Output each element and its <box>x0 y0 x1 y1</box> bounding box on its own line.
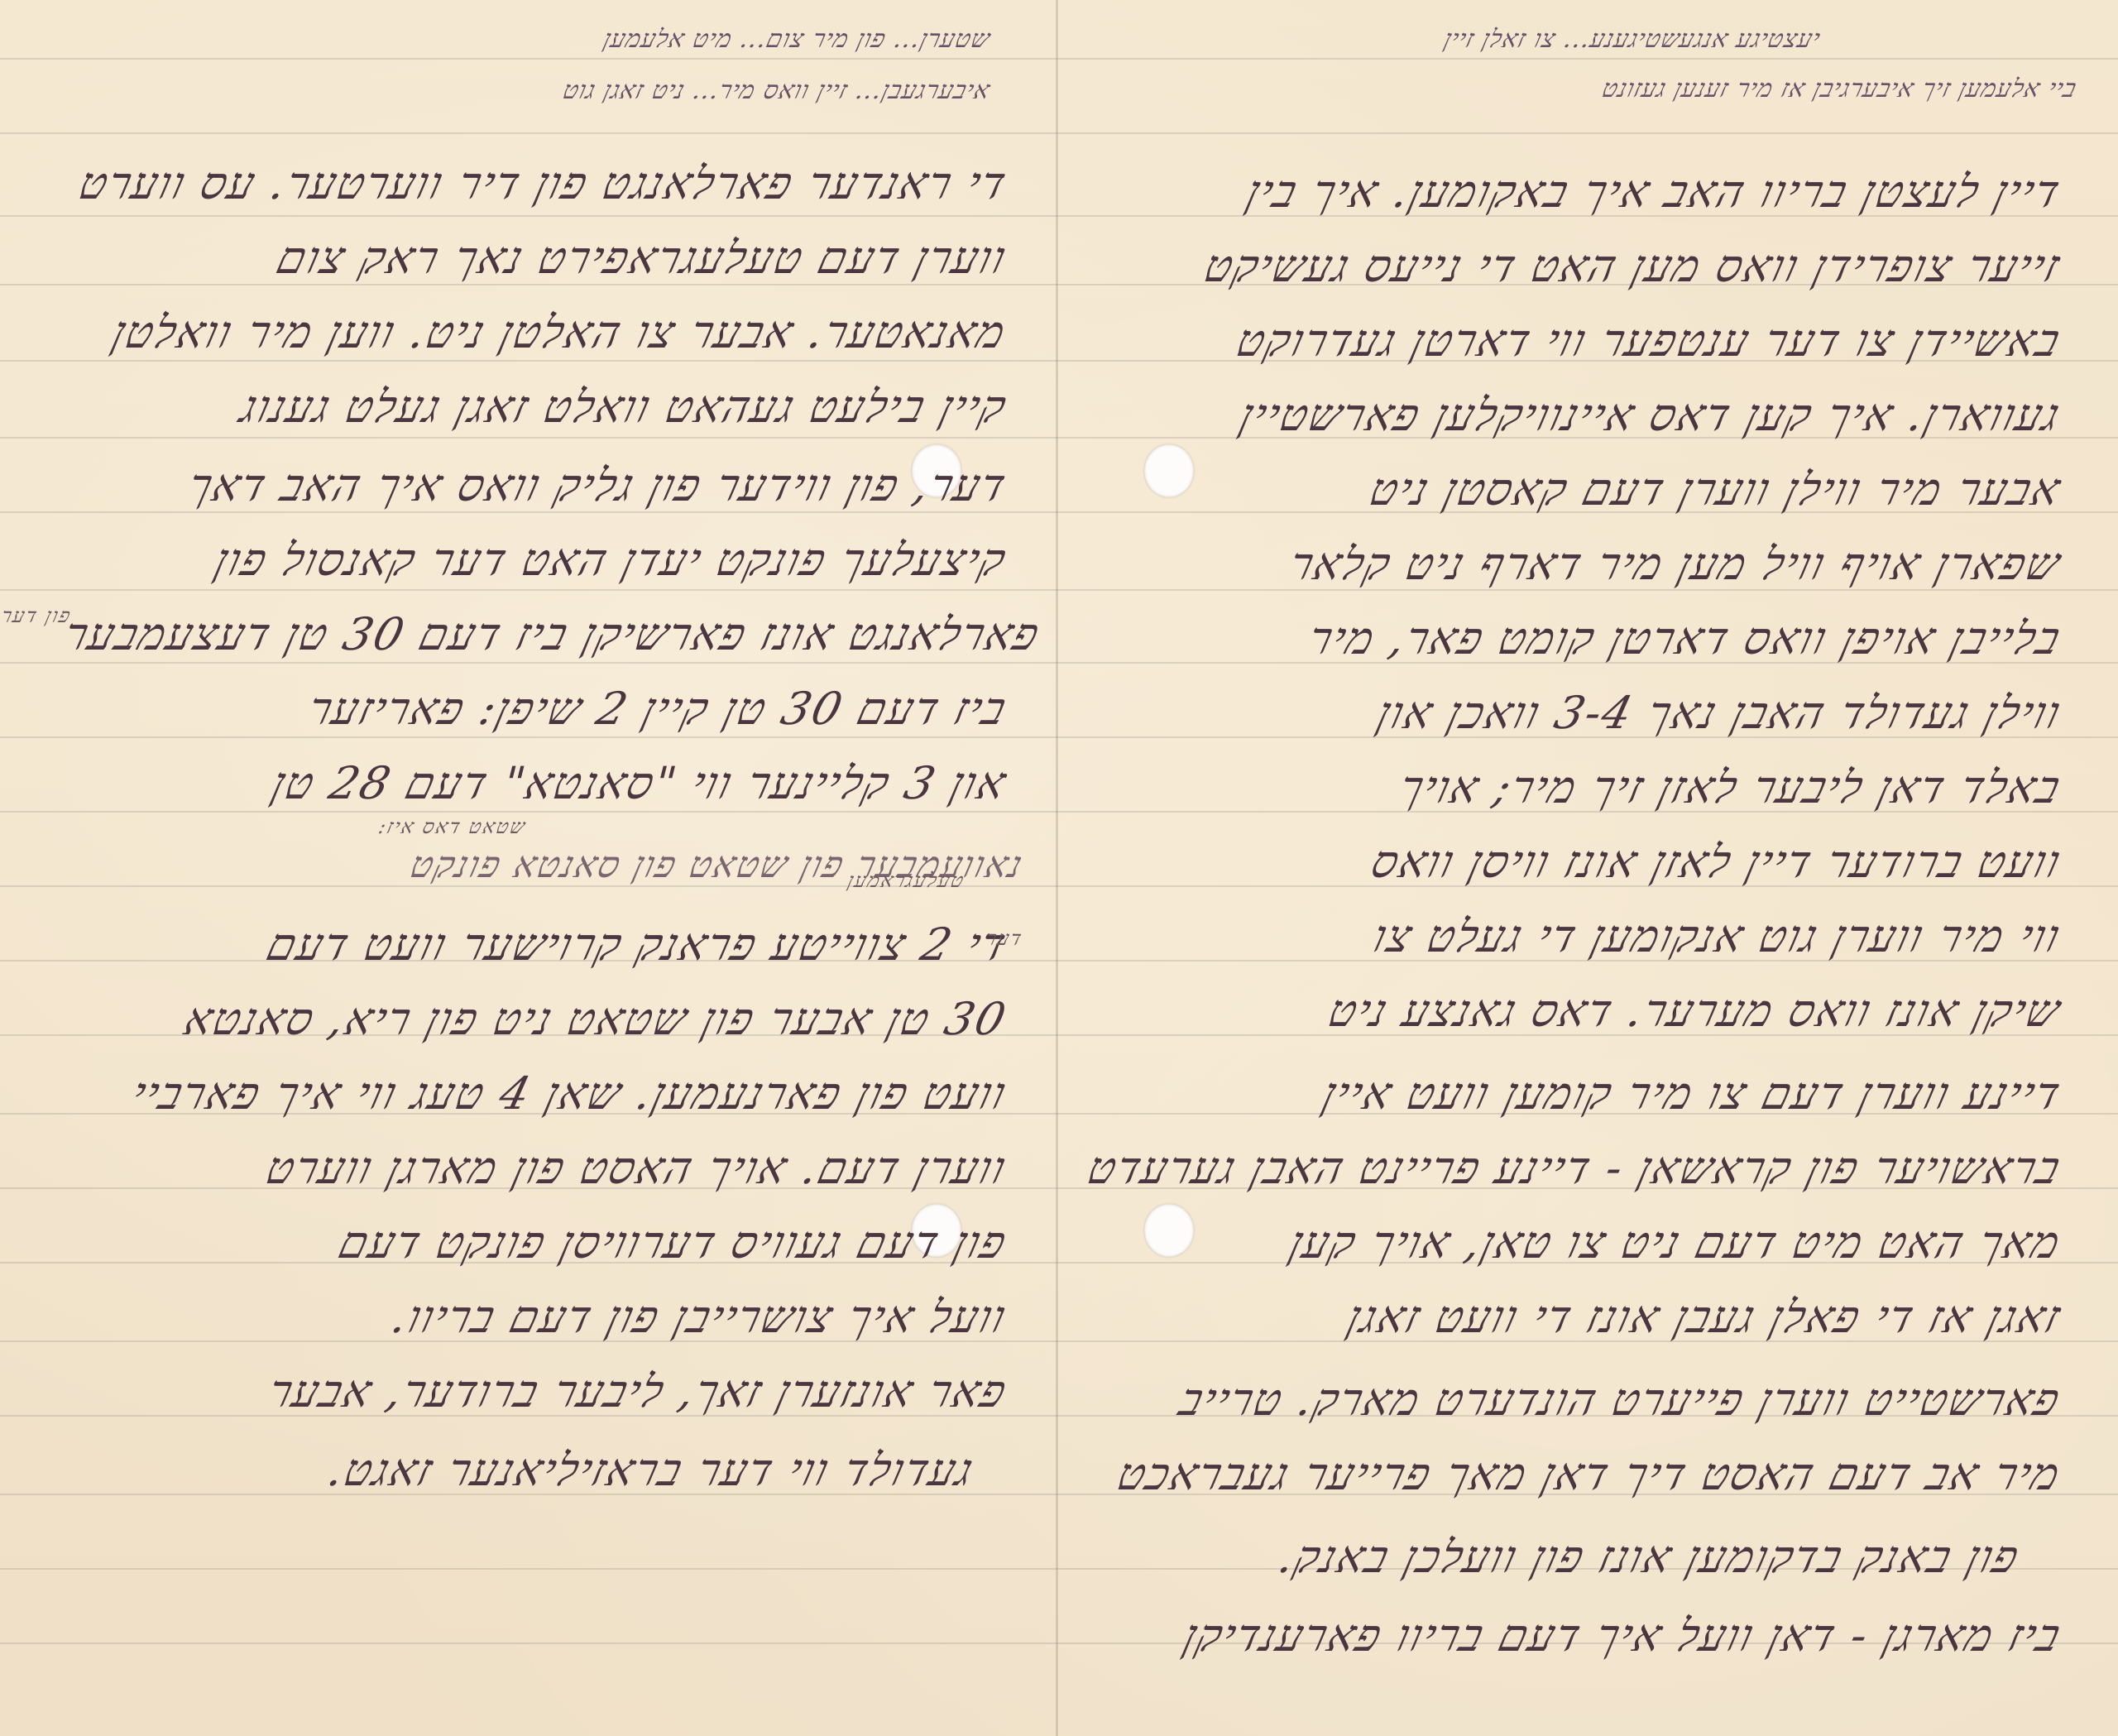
top-note: איבערגעבן... זיין וואס מיר... ניט זאגן ג… <box>559 76 993 105</box>
letter-line: קיצעלעך פונקט יעדן האט דער קאנסול פון <box>209 534 1013 586</box>
letter-line: פון דעם געוויס דערוויסן פונקט דעם <box>333 1216 1013 1268</box>
letter-line: ווי מיר ווערן גוט אנקומען די געלט צו <box>1368 910 2067 962</box>
letter-line: דיינע ווערן דעם צו מיר קומען וועט איין <box>1317 1067 2067 1120</box>
letter-line: זאגן אז די פאלן געבן אונז די וועט זאגן <box>1342 1291 2067 1343</box>
letter-line: פאר אונזערן זאך, ליבער ברודער, אבער <box>263 1365 1013 1417</box>
letter-line: מאנאטער. אבער צו האלטן ניט. ווען מיר ווא… <box>108 306 1013 358</box>
letter-line: ווילן געדולד האבן נאך 3-4 וואכן און <box>1372 687 2067 739</box>
letter-line: בראשויער פון קראשאן - דיינע פריינט האבן … <box>1082 1142 2067 1194</box>
left-page: שטערן... פון מיר צום... מיט אלעמען איבער… <box>0 0 1056 1736</box>
letter-scan: יעצטיגע אנגעשטיגענע... צו זאלן זיין ביי … <box>0 0 2118 1736</box>
letter-line: שיקן אונז וואס מערער. דאס גאנצע ניט <box>1323 985 2067 1037</box>
letter-line: פארלאנגט אונז פארשיקן ביז דעם 30 טן דעצע… <box>59 608 1046 660</box>
letter-line: דיין לעצטן בריוו האב איך באקומען. איך בי… <box>1241 165 2066 218</box>
letter-line: אבער מיר ווילן ווערן דעם קאסטן ניט <box>1364 463 2067 516</box>
letter-line: וועט פון פארנעמען. שאן 4 טעג ווי איך פאר… <box>127 1067 1013 1120</box>
letter-line: שפארן אויף וויל מען מיר דארף ניט קלאר <box>1284 538 2067 590</box>
top-note: ביי אלעמען זיך איבערגיבן אז מיר זענען גע… <box>1599 74 2080 103</box>
margin-note: טעלעגראמען <box>845 869 967 893</box>
letter-line: די 2 צווייטע פראנק קרוישער וועט דעם <box>261 918 1013 971</box>
letter-line: דער, פון ווידער פון גליק וואס איך האב דא… <box>183 459 1013 511</box>
letter-line: מאך האט מיט דעם ניט צו טאן, אויך קען <box>1284 1216 2067 1268</box>
letter-line: ביז מארגן - דאן וועל איך דעם בריוו פארענ… <box>1178 1609 2067 1662</box>
right-page: יעצטיגע אנגעשטיגענע... צו זאלן זיין ביי … <box>1058 0 2118 1736</box>
letter-line: בלייבן אויפן וואס דארטן קומט פאר, מיר <box>1303 612 2067 664</box>
top-note: שטערן... פון מיר צום... מיט אלעמען <box>600 25 993 54</box>
letter-line: און 3 קליינער ווי "סאנטא" דעם 28 טן <box>266 757 1013 809</box>
letter-line: באלד דאן ליבער לאזן זיך מיר; אויך <box>1394 761 2067 813</box>
letter-line: קיין בילעט געהאט וואלט זאגן געלט גענוג <box>235 381 1013 433</box>
letter-line: ווערן דעם. אויך האסט פון מארגן ווערט <box>261 1142 1013 1194</box>
letter-line: באשיידן צו דער ענטפער ווי דארטן געדרוקט <box>1231 314 2067 367</box>
margin-note: דער <box>984 927 1026 951</box>
letter-line: פון באנק בדקומען אונז פון וועלכן באנק. <box>1273 1531 2025 1583</box>
letter-line: ביז דעם 30 טן קיין 2 שיפן: פאריזער <box>303 683 1013 735</box>
margin-note: שטאט דאס איז: <box>376 815 529 839</box>
letter-line: זייער צופרידן וואס מען האט די נייעס געשי… <box>1200 240 2067 292</box>
letter-line: וועל איך צושרייבן פון דעם בריוו. <box>386 1291 1013 1343</box>
letter-line: געווארן. איך קען דאס איינוויקלען פארשטיי… <box>1234 389 2066 441</box>
letter-line: פארשטייט ווערן פייערט הונדערט מארק. טריי… <box>1174 1374 2066 1426</box>
letter-line: מיר אב דעם האסט דיך דאן מאך פרייער געברא… <box>1112 1448 2067 1500</box>
letter-line: געדולד ווי דער בראזיליאנער זאגט. <box>323 1444 980 1496</box>
letter-line: וועט ברודער דיין לאזן אונז וויסן וואס <box>1366 836 2067 888</box>
top-note: יעצטיגע אנגעשטיגענע... צו זאלן זיין <box>1441 25 1824 54</box>
margin-note: פון דער <box>0 604 74 628</box>
letter-line: ווערן דעם טעלעגראפירט נאך ראק צום <box>271 232 1013 284</box>
letter-line: 30 טן אבער פון שטאט ניט פון ריא, סאנטא <box>179 993 1013 1045</box>
letter-line: די ראנדער פארלאנגט פון דיר ווערטער. עס ו… <box>74 157 1013 209</box>
